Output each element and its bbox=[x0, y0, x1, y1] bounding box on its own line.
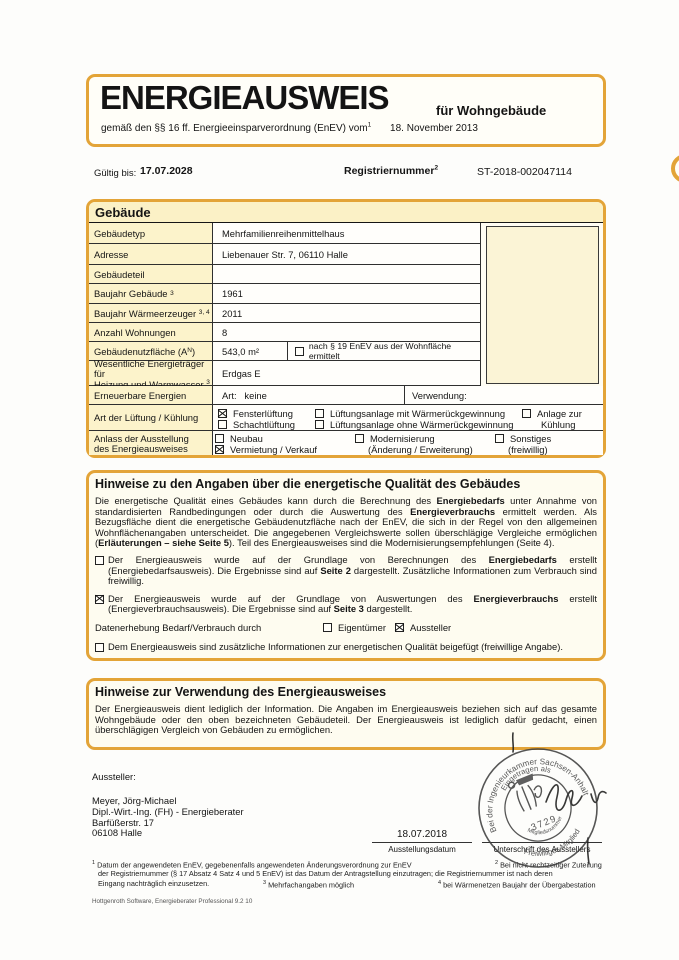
kuehlung-checkbox bbox=[522, 409, 531, 418]
law-reference-line: gemäß den §§ 16 ff. Energieeinsparverord… bbox=[101, 123, 478, 134]
row-baujahr-waermeerzeuger-label: Baujahr Wärmeerzeuger 3, 4 bbox=[89, 304, 213, 323]
law-date: 18. November 2013 bbox=[390, 123, 478, 134]
row-adresse-label: Adresse bbox=[89, 244, 213, 265]
document-subtitle: für Wohngebäude bbox=[436, 103, 546, 118]
modernisierung-checkbox bbox=[355, 434, 364, 443]
building-section-title: Gebäude bbox=[89, 202, 603, 223]
row-baujahr-gebaeude-label: Baujahr Gebäude 3 bbox=[89, 284, 213, 304]
verbrauch-item: Der Energieausweis wurde auf der Grundla… bbox=[95, 594, 597, 615]
datenerhebung-label: Datenerhebung Bedarf/Verbrauch durch bbox=[95, 622, 261, 633]
footnote-3: 3Mehrfachangaben möglich bbox=[263, 879, 354, 889]
wohnflaeche-checkbox bbox=[295, 347, 304, 356]
issuer-label: Aussteller: bbox=[92, 771, 136, 782]
datenerhebung-row: Datenerhebung Bedarf/Verbrauch durch Eig… bbox=[95, 623, 597, 635]
stamp-rotated-group: Bei der Ingenieurkammer Sachsen-Anhalt E… bbox=[461, 731, 615, 885]
row-energietraeger-value: Erdgas E bbox=[213, 361, 481, 386]
row-lueftung-options: Fensterlüftung Schachtlüftung Lüftungsan… bbox=[213, 405, 603, 431]
valid-until-date: 17.07.2028 bbox=[140, 165, 193, 177]
bedarf-item: Der Energieausweis wurde auf der Grundla… bbox=[95, 555, 597, 586]
row-erneuerbare-label: Erneuerbare Energien bbox=[89, 386, 213, 405]
building-section-box: Gebäude Gebäudetyp Mehrfamilienreihenmit… bbox=[86, 199, 606, 458]
fensterlueftung-checkbox bbox=[218, 409, 227, 418]
row-baujahr-waermeerzeuger-value: 2011 bbox=[213, 304, 481, 323]
registration-number-value: ST-2018-002047114 bbox=[477, 166, 572, 178]
row-gebaeudeteil-value bbox=[213, 265, 481, 284]
footnote-2-end: Eingang nachträglich einzusetzen. bbox=[98, 879, 209, 888]
energy-certificate-page: ENERGIEAUSWEIS für Wohngebäude gemäß den… bbox=[0, 0, 679, 960]
registration-number-label: Registriernummer2 bbox=[344, 165, 438, 177]
quality-notes-box: Hinweise zu den Angaben über die energet… bbox=[86, 470, 606, 661]
quality-notes-title: Hinweise zu den Angaben über die energet… bbox=[95, 479, 597, 489]
row-erneuerbare-verwendung: Verwendung: bbox=[405, 386, 603, 405]
footnote-1: 1Datum der angewendeten EnEV, gegebenenf… bbox=[92, 859, 412, 869]
issuer-title: Dipl.-Wirt.-Ing. (FH) - Energieberater bbox=[92, 807, 244, 818]
building-photo-placeholder bbox=[486, 226, 599, 384]
wohnflaeche-checkbox-label: nach § 19 EnEV aus der Wohnfläche ermitt… bbox=[309, 341, 480, 361]
validity-row: Gültig bis: 17.07.2028 Registriernummer2… bbox=[86, 158, 606, 194]
software-credit: Hottgenroth Software, Energieberater Pro… bbox=[92, 898, 252, 905]
page-number-badge: 1 bbox=[671, 154, 679, 183]
neubau-checkbox bbox=[215, 434, 224, 443]
zusatzinfo-checkbox bbox=[95, 643, 104, 652]
issuer-address-block: Meyer, Jörg-Michael Dipl.-Wirt.-Ing. (FH… bbox=[92, 796, 244, 839]
schachtlueftung-checkbox bbox=[218, 420, 227, 429]
footnote-marker-2: 2 bbox=[434, 165, 438, 172]
zusatzinfo-item: Dem Energieausweis sind zusätzliche Info… bbox=[95, 642, 597, 652]
row-gebaeudetyp-label: Gebäudetyp bbox=[89, 223, 213, 244]
row-anlass-label: Anlass der Ausstellungdes Energieausweis… bbox=[89, 431, 213, 455]
row-energietraeger-label: Wesentliche Energieträger fürHeizung und… bbox=[89, 361, 213, 386]
row-adresse-value: Liebenauer Str. 7, 06110 Halle bbox=[213, 244, 481, 265]
row-anzahl-wohnungen-label: Anzahl Wohnungen bbox=[89, 323, 213, 342]
eigentuemer-checkbox bbox=[323, 623, 332, 632]
row-lueftung-label: Art der Lüftung / Kühlung bbox=[89, 405, 213, 431]
bedarf-checkbox bbox=[95, 556, 104, 565]
row-gebaeudetyp-value: Mehrfamilienreihenmittelhaus bbox=[213, 223, 481, 244]
row-gebaeudeteil-label: Gebäudeteil bbox=[89, 265, 213, 284]
header-box: ENERGIEAUSWEIS für Wohngebäude gemäß den… bbox=[86, 74, 606, 147]
row-nutzflaeche-value: 543,0 m² bbox=[213, 342, 288, 361]
issuer-city: 06108 Halle bbox=[92, 828, 244, 839]
footnote-marker-1: 1 bbox=[368, 122, 372, 129]
valid-until-label: Gültig bis: bbox=[94, 168, 136, 179]
vermietung-checkbox bbox=[215, 445, 224, 454]
chamber-stamp: Bei der Ingenieurkammer Sachsen-Anhalt E… bbox=[450, 722, 640, 892]
sonstiges-checkbox bbox=[495, 434, 504, 443]
law-text: gemäß den §§ 16 ff. Energieeinsparverord… bbox=[101, 123, 368, 134]
lueftung-mit-wrg-checkbox bbox=[315, 409, 324, 418]
row-anzahl-wohnungen-value: 8 bbox=[213, 323, 481, 342]
usage-notes-title: Hinweise zur Verwendung des Energieauswe… bbox=[95, 687, 597, 697]
lueftung-ohne-wrg-checkbox bbox=[315, 420, 324, 429]
row-nutzflaeche-checkbox-cell: nach § 19 EnEV aus der Wohnfläche ermitt… bbox=[288, 342, 481, 361]
row-erneuerbare-art: Art: keine bbox=[213, 386, 405, 405]
verbrauch-checkbox bbox=[95, 595, 104, 604]
building-table: Gebäude Gebäudetyp Mehrfamilienreihenmit… bbox=[89, 202, 603, 455]
document-title: ENERGIEAUSWEIS bbox=[100, 79, 389, 117]
quality-notes-intro: Die energetische Qualität eines Gebäudes… bbox=[95, 496, 597, 548]
aussteller-checkbox bbox=[395, 623, 404, 632]
row-baujahr-gebaeude-value: 1961 bbox=[213, 284, 481, 304]
row-anlass-options: Neubau Vermietung / Verkauf Modernisieru… bbox=[213, 431, 603, 455]
